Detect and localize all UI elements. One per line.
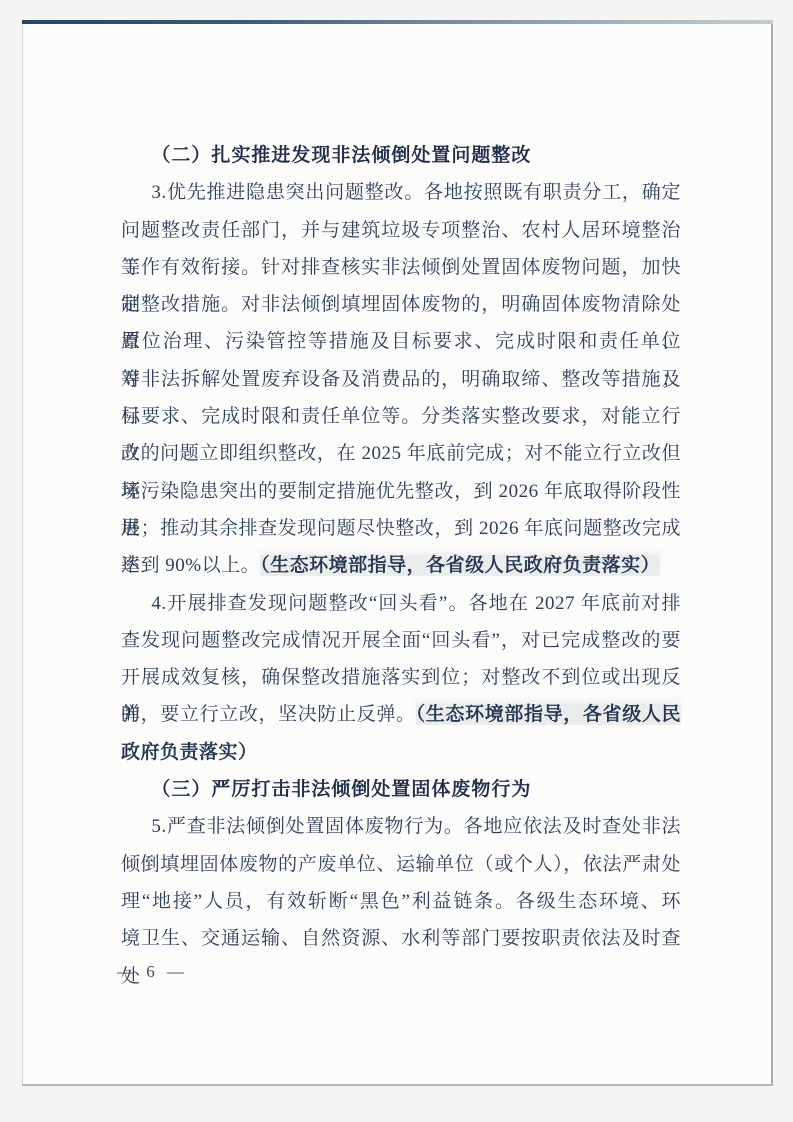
paragraph-3-line: 问题整改责任部门，并与建筑垃圾专项整治、农村人居环境整治等 (121, 212, 681, 249)
paragraph-4-line: 开展成效复核，确保整改措施落实到位；对整改不到位或出现反弹 (121, 659, 681, 696)
text-run: 3.优先推进隐患突出问题整改。各地按照既有职责分工，确定 (151, 182, 681, 203)
text-run: 倾倒填埋固体废物的产废单位、运输单位（或个人），依法严肃处 (121, 854, 681, 875)
paragraph-3-line: 境污染隐患突出的要制定措施优先整改，到 2026 年底取得阶段性进 (121, 473, 681, 510)
text-run: 查发现问题整改完成情况开展全面“回头看”，对已完成整改的要 (121, 630, 681, 651)
text-run: 5.严查非法倾倒处置固体废物行为。各地应依法及时查处非法 (151, 816, 681, 837)
paragraph-3-line: 原位治理、污染管控等措施及目标要求、完成时限和责任单位等； (121, 323, 681, 360)
paragraph-4-line: 4.开展排查发现问题整改“回头看”。各地在 2027 年底前对排 (121, 585, 681, 622)
paragraph-3-line: 达到 90%以上。（生态环境部指导，各省级人民政府负责落实） (121, 547, 681, 584)
section-heading-3: （三）严厉打击非法倾倒处置固体废物行为 (121, 771, 681, 808)
text-run: 的，要立行立改，坚决防止反弹。 (121, 704, 416, 725)
heading-text: （二）扎实推进发现非法倾倒处置问题整改 (151, 145, 531, 166)
paragraph-5-line: 5.严查非法倾倒处置固体废物行为。各地应依法及时查处非法 (121, 808, 681, 845)
scanned-document-page: （二）扎实推进发现非法倾倒处置问题整改 3.优先推进隐患突出问题整改。各地按照既… (0, 0, 793, 1122)
responsibility-note: （生态环境部指导，各省级人民政府负责落实） (260, 555, 660, 576)
paragraph-4-line: 查发现问题整改完成情况开展全面“回头看”，对已完成整改的要 (121, 622, 681, 659)
paragraph-5-line: 倾倒填埋固体废物的产废单位、运输单位（或个人），依法严肃处 (121, 846, 681, 883)
paragraph-5-line: 境卫生、交通运输、自然资源、水利等部门要按职责依法及时查处 (121, 920, 681, 957)
text-run: 达到 90%以上。 (121, 555, 260, 576)
paragraph-3-line: 工作有效衔接。针对排查核实非法倾倒处置固体废物问题，加快制 (121, 249, 681, 286)
paragraph-3-line: 对非法拆解处置废弃设备及消费品的，明确取缔、整改等措施及目 (121, 361, 681, 398)
section-heading-2: （二）扎实推进发现非法倾倒处置问题整改 (121, 137, 681, 174)
paragraph-5-line: 理“地接”人员，有效斩断“黑色”利益链条。各级生态环境、环 (121, 883, 681, 920)
paragraph-3-line: 定整改措施。对非法倾倒填埋固体废物的，明确固体废物清除处置、 (121, 286, 681, 323)
paragraph-4-line: 政府负责落实） (121, 734, 681, 771)
paragraph-4-line: 的，要立行立改，坚决防止反弹。（生态环境部指导，各省级人民 (121, 696, 681, 733)
page-number: — 6 — (117, 962, 188, 982)
text-run: 理“地接”人员，有效斩断“黑色”利益链条。各级生态环境、环 (121, 891, 681, 912)
responsibility-note: （生态环境部指导，各省级人民 (416, 704, 681, 725)
paragraph-3-line: 3.优先推进隐患突出问题整改。各地按照既有职责分工，确定 (121, 174, 681, 211)
paragraph-3-line: 改的问题立即组织整改，在 2025 年底前完成；对不能立行立改但环 (121, 435, 681, 472)
responsibility-note: 政府负责落实） (121, 742, 258, 763)
heading-text: （三）严厉打击非法倾倒处置固体废物行为 (151, 779, 531, 800)
document-body: （二）扎实推进发现非法倾倒处置问题整改 3.优先推进隐患突出问题整改。各地按照既… (121, 137, 681, 958)
paragraph-3-line: 标要求、完成时限和责任单位等。分类落实整改要求，对能立行立 (121, 398, 681, 435)
text-run: 4.开展排查发现问题整改“回头看”。各地在 2027 年底前对排 (151, 593, 681, 614)
scan-top-edge-line (22, 20, 773, 24)
paragraph-3-line: 展；推动其余排查发现问题尽快整改，到 2026 年底问题整改完成率 (121, 510, 681, 547)
